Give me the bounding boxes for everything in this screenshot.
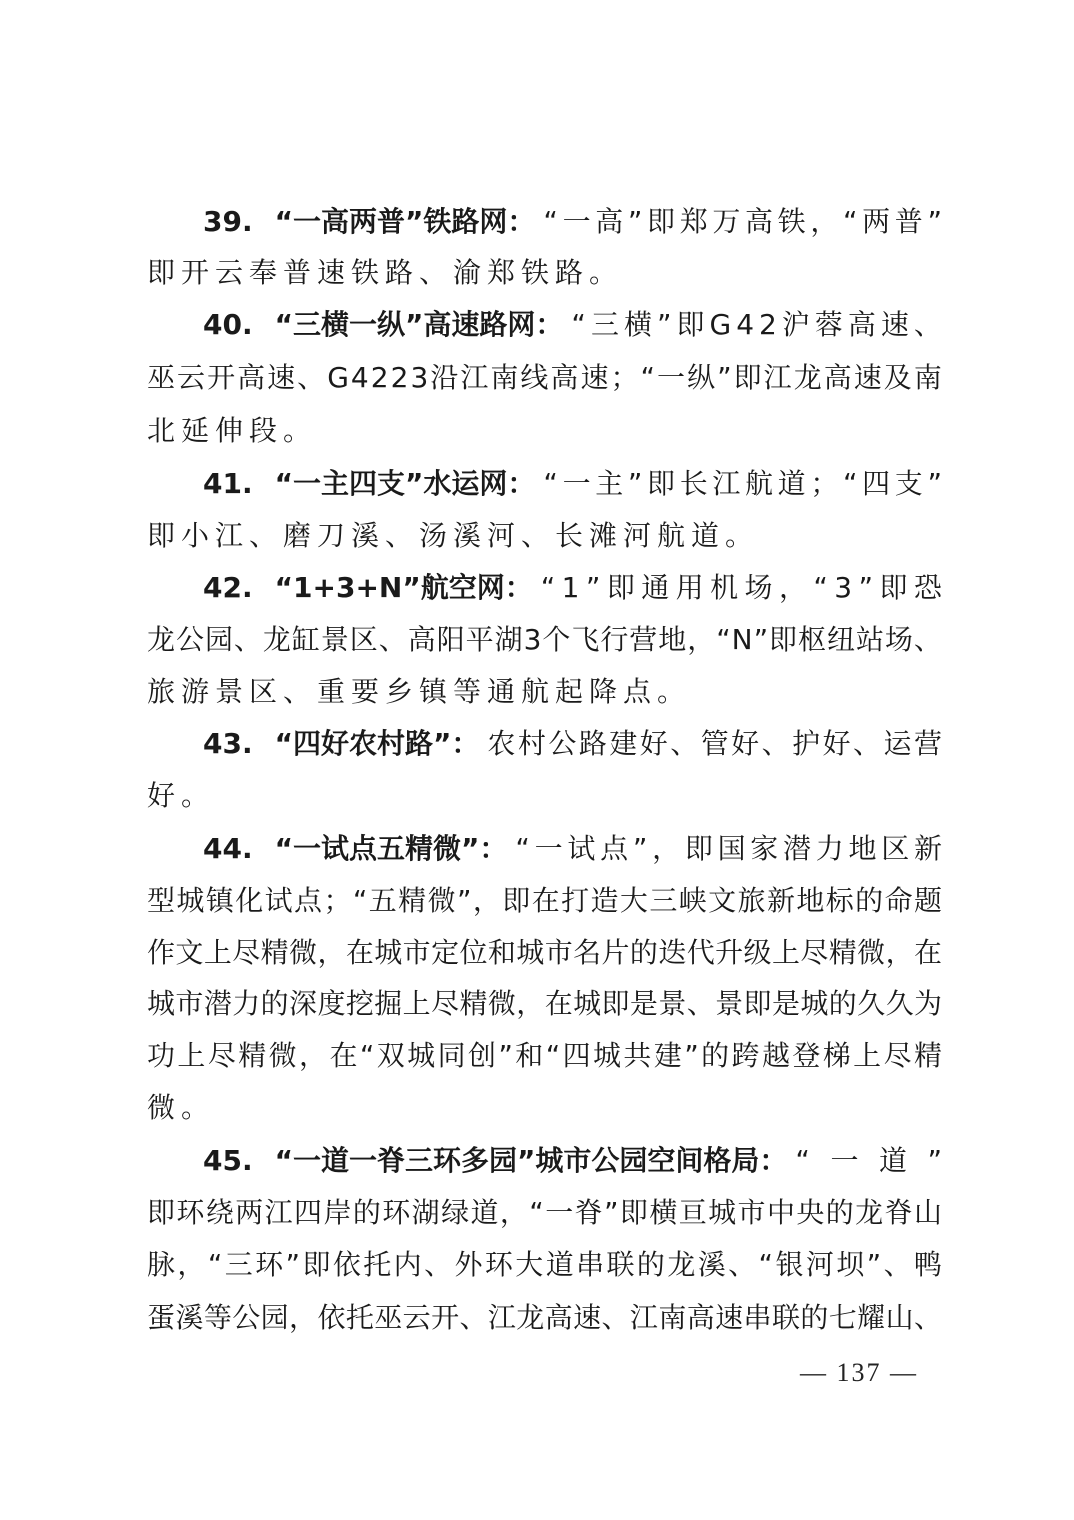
char: 微 bbox=[488, 984, 516, 1024]
char: 营 bbox=[629, 620, 657, 660]
char: 精 bbox=[459, 984, 487, 1024]
char: 地 bbox=[796, 881, 824, 921]
char: ” bbox=[604, 1193, 619, 1233]
char: 脊 bbox=[885, 1193, 913, 1233]
char: 一 bbox=[657, 358, 685, 398]
char: 4 bbox=[351, 358, 369, 398]
item-title: “一高两普”铁路网： bbox=[275, 202, 536, 242]
char: ， bbox=[177, 1245, 205, 1285]
char: 城 bbox=[708, 1193, 736, 1233]
char: 联 bbox=[772, 1298, 800, 1338]
char: 公 bbox=[176, 620, 204, 660]
char: 河 bbox=[806, 1245, 834, 1285]
item-44-line-6: 微。 bbox=[147, 1088, 942, 1128]
char: 高 bbox=[545, 1298, 573, 1338]
char: 即 bbox=[302, 1245, 330, 1285]
char: 山 bbox=[914, 1193, 942, 1233]
char: 试 bbox=[265, 881, 293, 921]
char: 、 bbox=[687, 984, 715, 1024]
char: 城 bbox=[374, 933, 402, 973]
char: “ bbox=[360, 1036, 375, 1076]
char: ” bbox=[717, 358, 732, 398]
char: 在 bbox=[914, 933, 942, 973]
char: 三 bbox=[649, 881, 677, 921]
item-title: “一主四支”水运网： bbox=[275, 464, 536, 504]
char: 、 bbox=[602, 1298, 630, 1338]
char: 托 bbox=[346, 1298, 374, 1338]
char: 开 bbox=[431, 1298, 459, 1338]
char: 跨 bbox=[732, 1036, 760, 1076]
char: 和 bbox=[515, 1036, 543, 1076]
char: 依 bbox=[333, 1245, 361, 1285]
char: ” bbox=[286, 1245, 301, 1285]
char: 、 bbox=[914, 620, 942, 660]
char: 江 bbox=[488, 1298, 516, 1338]
item-number: 39. bbox=[203, 202, 253, 242]
char: 久 bbox=[886, 984, 914, 1024]
char: 潜 bbox=[204, 984, 232, 1024]
char: 迭 bbox=[658, 933, 686, 973]
char: 的 bbox=[826, 1193, 854, 1233]
char: 联 bbox=[607, 1245, 635, 1285]
char: 微 bbox=[269, 1036, 297, 1076]
char: 七 bbox=[829, 1298, 857, 1338]
char: 内 bbox=[394, 1245, 422, 1285]
char: ， bbox=[687, 620, 715, 660]
char: 位 bbox=[459, 933, 487, 973]
char: 地 bbox=[658, 620, 686, 660]
char: 尽 bbox=[232, 933, 260, 973]
char: 3 bbox=[524, 620, 542, 660]
char: 坝 bbox=[836, 1245, 864, 1285]
char: 文 bbox=[175, 933, 203, 973]
char: “ bbox=[546, 1036, 561, 1076]
char: 尽 bbox=[800, 933, 828, 973]
char: 飞 bbox=[571, 620, 599, 660]
char: 升 bbox=[715, 933, 743, 973]
char: 园 bbox=[205, 620, 233, 660]
char: 龙 bbox=[794, 358, 822, 398]
char: 镇 bbox=[206, 881, 234, 921]
char: 建 bbox=[654, 1036, 682, 1076]
char: 的 bbox=[829, 984, 857, 1024]
char: 脉 bbox=[147, 1245, 175, 1285]
char: 站 bbox=[856, 620, 884, 660]
char: 城 bbox=[516, 933, 544, 973]
char: 岸 bbox=[323, 1193, 351, 1233]
char: 、 bbox=[728, 1245, 756, 1285]
char: 环 bbox=[382, 1193, 410, 1233]
char: 代 bbox=[687, 933, 715, 973]
char: 新 bbox=[767, 881, 795, 921]
char: 峡 bbox=[679, 881, 707, 921]
char: 打 bbox=[561, 881, 589, 921]
char: 环 bbox=[176, 1193, 204, 1233]
char: 纽 bbox=[827, 620, 855, 660]
char: ， bbox=[516, 984, 544, 1024]
item-text: 微。 bbox=[147, 1088, 215, 1128]
char: 、 bbox=[424, 1245, 452, 1285]
char: 阳 bbox=[437, 620, 465, 660]
char: 创 bbox=[468, 1036, 496, 1076]
item-39-first-line: 39. “一高两普”铁路网： “一高”即郑万高铁，“两普” bbox=[203, 202, 942, 242]
item-text: “一高”即郑万高铁，“两普” bbox=[543, 202, 942, 242]
char: 城 bbox=[593, 1036, 621, 1076]
char: 园 bbox=[261, 1298, 289, 1338]
item-39-line-2: 即开云奉普速铁路、渝郑铁路。 bbox=[147, 253, 942, 293]
char: 串 bbox=[576, 1245, 604, 1285]
char: 行 bbox=[600, 620, 628, 660]
char: 纵 bbox=[687, 358, 715, 398]
item-text: 好。 bbox=[147, 776, 215, 816]
item-44-line-5: 功上尽精微，在“双城同创”和“四城共建”的跨越登梯上尽精 bbox=[147, 1036, 942, 1076]
char: 江 bbox=[764, 358, 792, 398]
item-number: 41. bbox=[203, 464, 253, 504]
item-text: “三横”即G42沪蓉高速、 bbox=[571, 305, 942, 345]
char: 高 bbox=[237, 358, 265, 398]
char: 景 bbox=[321, 620, 349, 660]
char: 共 bbox=[623, 1036, 651, 1076]
char: 城 bbox=[147, 984, 175, 1024]
char: “ bbox=[759, 1245, 774, 1285]
char: 的 bbox=[800, 1298, 828, 1338]
char: ， bbox=[473, 881, 501, 921]
char: 型 bbox=[147, 881, 175, 921]
item-title: “四好农村路”： bbox=[275, 724, 480, 764]
item-text: 即小江、磨刀溪、汤溪河、长滩河航道。 bbox=[147, 516, 759, 556]
char: 鸭 bbox=[914, 1245, 942, 1285]
char: 精 bbox=[829, 933, 857, 973]
item-40-line-3: 北延伸段。 bbox=[147, 411, 942, 451]
char: 精 bbox=[261, 933, 289, 973]
char: 名 bbox=[573, 933, 601, 973]
char: 四 bbox=[294, 1193, 322, 1233]
char: 场 bbox=[885, 620, 913, 660]
char: 景 bbox=[715, 984, 743, 1024]
char: 旅 bbox=[738, 881, 766, 921]
char: 在 bbox=[532, 881, 560, 921]
char: G bbox=[327, 358, 349, 398]
char: 龙 bbox=[855, 1193, 883, 1233]
item-text: 农村公路建好、管好、护好、运营 bbox=[487, 724, 942, 764]
char: ” bbox=[867, 1245, 882, 1285]
char: 城 bbox=[800, 984, 828, 1024]
item-41-first-line: 41. “一主四支”水运网： “一主”即长江航道；“四支” bbox=[203, 464, 942, 504]
item-45-first-line: 45. “一道一脊三环多园”城市公园空间格局： “一道” bbox=[203, 1141, 942, 1181]
char: 脊 bbox=[575, 1193, 603, 1233]
char: 作 bbox=[147, 933, 175, 973]
char: 化 bbox=[235, 881, 263, 921]
char: 掘 bbox=[374, 984, 402, 1024]
char: 是 bbox=[772, 984, 800, 1024]
char: 上 bbox=[403, 984, 431, 1024]
char: 南 bbox=[914, 358, 942, 398]
char: ， bbox=[317, 933, 345, 973]
char: 银 bbox=[775, 1245, 803, 1285]
char: 环 bbox=[255, 1245, 283, 1285]
char: 登 bbox=[792, 1036, 820, 1076]
char: 微 bbox=[289, 933, 317, 973]
char: 在 bbox=[346, 933, 374, 973]
char: 绿 bbox=[441, 1193, 469, 1233]
char: ， bbox=[289, 1298, 317, 1338]
char: 片 bbox=[602, 933, 630, 973]
char: 巫 bbox=[147, 358, 175, 398]
char: 、 bbox=[459, 1298, 487, 1338]
char: 在 bbox=[329, 1036, 357, 1076]
item-number: 44. bbox=[203, 829, 253, 869]
char: 功 bbox=[147, 1036, 175, 1076]
item-number: 43. bbox=[203, 724, 253, 764]
char: 龙 bbox=[516, 1298, 544, 1338]
char: 大 bbox=[620, 881, 648, 921]
char: 3 bbox=[410, 358, 428, 398]
char: 托 bbox=[363, 1245, 391, 1285]
char: 文 bbox=[708, 881, 736, 921]
char: “ bbox=[529, 1193, 544, 1233]
char: 力 bbox=[232, 984, 260, 1024]
char: 一 bbox=[545, 1193, 573, 1233]
char: 为 bbox=[914, 984, 942, 1024]
char: 城 bbox=[176, 881, 204, 921]
char: 市 bbox=[545, 933, 573, 973]
char: 云 bbox=[403, 1298, 431, 1338]
char: 市 bbox=[403, 933, 431, 973]
char: 溪 bbox=[175, 1298, 203, 1338]
char: 枢 bbox=[798, 620, 826, 660]
char: 区 bbox=[350, 620, 378, 660]
char: 景 bbox=[658, 984, 686, 1024]
char: ， bbox=[500, 1193, 528, 1233]
char: 点 bbox=[294, 881, 322, 921]
char: 精 bbox=[238, 1036, 266, 1076]
char: 高 bbox=[687, 1298, 715, 1338]
char: 云 bbox=[177, 358, 205, 398]
char: 、 bbox=[914, 1298, 942, 1338]
item-44-line-3: 作文上尽精微，在城市定位和城市名片的迭代升级上尽精微，在 bbox=[147, 933, 942, 973]
char: 速 bbox=[267, 358, 295, 398]
char: 的 bbox=[630, 933, 658, 973]
char: 尽 bbox=[208, 1036, 236, 1076]
char: 造 bbox=[591, 881, 619, 921]
char: 是 bbox=[630, 984, 658, 1024]
char: 双 bbox=[377, 1036, 405, 1076]
char: 速 bbox=[854, 358, 882, 398]
char: 上 bbox=[853, 1036, 881, 1076]
char: 城 bbox=[407, 1036, 435, 1076]
char: 亘 bbox=[679, 1193, 707, 1233]
item-41-line-2: 即小江、磨刀溪、汤溪河、长滩河航道。 bbox=[147, 516, 942, 556]
char: 标 bbox=[826, 881, 854, 921]
item-text: 即开云奉普速铁路、渝郑铁路。 bbox=[147, 253, 623, 293]
char: ” bbox=[684, 1036, 699, 1076]
char: ” bbox=[457, 881, 472, 921]
char: ， bbox=[299, 1036, 327, 1076]
char: 尽 bbox=[431, 984, 459, 1024]
char: 即 bbox=[734, 358, 762, 398]
char: 、 bbox=[234, 620, 262, 660]
char: 龙 bbox=[667, 1245, 695, 1285]
char: 即 bbox=[502, 881, 530, 921]
char: 江 bbox=[460, 358, 488, 398]
char: 央 bbox=[796, 1193, 824, 1233]
char: 及 bbox=[884, 358, 912, 398]
char: 即 bbox=[769, 620, 797, 660]
item-40-line-2: 巫云开高速、G4223沿江南线高速；“一纵”即江龙高速及南 bbox=[147, 358, 942, 398]
char: 市 bbox=[738, 1193, 766, 1233]
item-title: “三横一纵”高速路网： bbox=[275, 305, 564, 345]
char: 和 bbox=[488, 933, 516, 973]
char: 速 bbox=[715, 1298, 743, 1338]
char: 的 bbox=[637, 1245, 665, 1285]
item-number: 40. bbox=[203, 305, 253, 345]
char: N bbox=[732, 620, 753, 660]
char: 梯 bbox=[823, 1036, 851, 1076]
char: 深 bbox=[289, 984, 317, 1024]
char: 江 bbox=[630, 1298, 658, 1338]
char: 命 bbox=[885, 881, 913, 921]
char: 的 bbox=[261, 984, 289, 1024]
item-number: 42. bbox=[203, 568, 253, 608]
item-44-line-2: 型城镇化试点；“五精微”，即在打造大三峡文旅新地标的命题 bbox=[147, 881, 942, 921]
char: 、 bbox=[379, 620, 407, 660]
char: 横 bbox=[649, 1193, 677, 1233]
item-42-first-line: 42. “1+3+N”航空网： “1”即通用机场，“3”即恐 bbox=[203, 568, 942, 608]
char: “ bbox=[641, 358, 656, 398]
char: 龙 bbox=[263, 620, 291, 660]
char: 湖 bbox=[412, 1193, 440, 1233]
char: 、 bbox=[297, 358, 325, 398]
char: 绕 bbox=[206, 1193, 234, 1233]
item-45-line-4: 蛋溪等公园，依托巫云开、江龙高速、江南高速串联的七耀山、 bbox=[147, 1298, 942, 1338]
char: 蛋 bbox=[147, 1298, 175, 1338]
char: 道 bbox=[470, 1193, 498, 1233]
char: 高 bbox=[408, 620, 436, 660]
char: 湖 bbox=[495, 620, 523, 660]
char: 即 bbox=[602, 984, 630, 1024]
char: ， bbox=[886, 933, 914, 973]
char: 等 bbox=[204, 1298, 232, 1338]
item-45-line-2: 即环绕两江四岸的环湖绿道，“一脊”即横亘城市中央的龙脊山 bbox=[147, 1193, 942, 1233]
char: “ bbox=[208, 1245, 223, 1285]
item-text: “一试点”，即国家潜力地区新 bbox=[515, 829, 942, 869]
item-title: “1+3+N”航空网： bbox=[275, 568, 533, 608]
item-44-line-4: 城市潜力的深度挖掘上尽精微，在城即是景、景即是城的久久为 bbox=[147, 984, 942, 1024]
char: 南 bbox=[490, 358, 518, 398]
page-number: — 137 — bbox=[800, 1358, 918, 1388]
char: ； bbox=[610, 358, 638, 398]
item-text: “一道” bbox=[795, 1141, 942, 1181]
char: 题 bbox=[914, 881, 942, 921]
char: 高 bbox=[824, 358, 852, 398]
char: 2 bbox=[371, 358, 389, 398]
char: ” bbox=[498, 1036, 513, 1076]
char: 上 bbox=[772, 933, 800, 973]
char: ” bbox=[754, 620, 769, 660]
char: 开 bbox=[207, 358, 235, 398]
char: 环 bbox=[485, 1245, 513, 1285]
char: 江 bbox=[265, 1193, 293, 1233]
char: 度 bbox=[317, 984, 345, 1024]
item-text: “一主”即长江航道；“四支” bbox=[543, 464, 942, 504]
char: 即 bbox=[620, 1193, 648, 1233]
char: 上 bbox=[177, 1036, 205, 1076]
item-42-line-2: 龙公园、龙缸景区、高阳平湖3个飞行营地，“N”即枢纽站场、 bbox=[147, 620, 942, 660]
item-title: “一道一脊三环多园”城市公园空间格局： bbox=[275, 1141, 788, 1181]
char: 微 bbox=[857, 933, 885, 973]
char: 的 bbox=[701, 1036, 729, 1076]
char: 南 bbox=[658, 1298, 686, 1338]
char: 外 bbox=[454, 1245, 482, 1285]
char: 平 bbox=[466, 620, 494, 660]
char: 高 bbox=[550, 358, 578, 398]
char: 微 bbox=[428, 881, 456, 921]
char: 大 bbox=[515, 1245, 543, 1285]
char: 2 bbox=[391, 358, 409, 398]
char: 的 bbox=[353, 1193, 381, 1233]
char: 五 bbox=[369, 881, 397, 921]
char: 城 bbox=[573, 984, 601, 1024]
char: 即 bbox=[744, 984, 772, 1024]
char: 在 bbox=[545, 984, 573, 1024]
char: 三 bbox=[225, 1245, 253, 1285]
item-44-first-line: 44. “一试点五精微”： “一试点”，即国家潜力地区新 bbox=[203, 829, 942, 869]
char: 山 bbox=[886, 1298, 914, 1338]
char: 中 bbox=[767, 1193, 795, 1233]
char: 速 bbox=[573, 1298, 601, 1338]
char: 尽 bbox=[884, 1036, 912, 1076]
char: 定 bbox=[431, 933, 459, 973]
char: 、 bbox=[884, 1245, 912, 1285]
item-number: 45. bbox=[203, 1141, 253, 1181]
char: 市 bbox=[175, 984, 203, 1024]
char: 公 bbox=[232, 1298, 260, 1338]
char: 级 bbox=[744, 933, 772, 973]
char: 同 bbox=[438, 1036, 466, 1076]
char: “ bbox=[353, 881, 368, 921]
char: 四 bbox=[563, 1036, 591, 1076]
item-text: 北延伸段。 bbox=[147, 411, 317, 451]
item-title: “一试点五精微”： bbox=[275, 829, 508, 869]
char: 龙 bbox=[147, 620, 175, 660]
char: 溪 bbox=[698, 1245, 726, 1285]
char: 挖 bbox=[346, 984, 374, 1024]
char: 串 bbox=[744, 1298, 772, 1338]
char: ； bbox=[323, 881, 351, 921]
char: 沿 bbox=[430, 358, 458, 398]
item-45-line-3: 脉，“三环”即依托内、外环大道串联的龙溪、“银河坝”、鸭 bbox=[147, 1245, 942, 1285]
item-text: “1”即通用机场，“3”即恐 bbox=[541, 568, 942, 608]
item-text: 旅游景区、重要乡镇等通航起降点。 bbox=[147, 672, 691, 712]
char: 的 bbox=[855, 881, 883, 921]
char: 巫 bbox=[374, 1298, 402, 1338]
char: 线 bbox=[520, 358, 548, 398]
char: 耀 bbox=[857, 1298, 885, 1338]
char: 久 bbox=[857, 984, 885, 1024]
char: 精 bbox=[398, 881, 426, 921]
char: 越 bbox=[762, 1036, 790, 1076]
char: 上 bbox=[204, 933, 232, 973]
char: 缸 bbox=[292, 620, 320, 660]
char: “ bbox=[716, 620, 731, 660]
char: 精 bbox=[914, 1036, 942, 1076]
item-43-line-2: 好。 bbox=[147, 776, 942, 816]
item-40-first-line: 40. “三横一纵”高速路网： “三横”即G42沪蓉高速、 bbox=[203, 305, 942, 345]
char: 道 bbox=[546, 1245, 574, 1285]
char: 个 bbox=[542, 620, 570, 660]
char: 依 bbox=[317, 1298, 345, 1338]
item-42-line-3: 旅游景区、重要乡镇等通航起降点。 bbox=[147, 672, 942, 712]
